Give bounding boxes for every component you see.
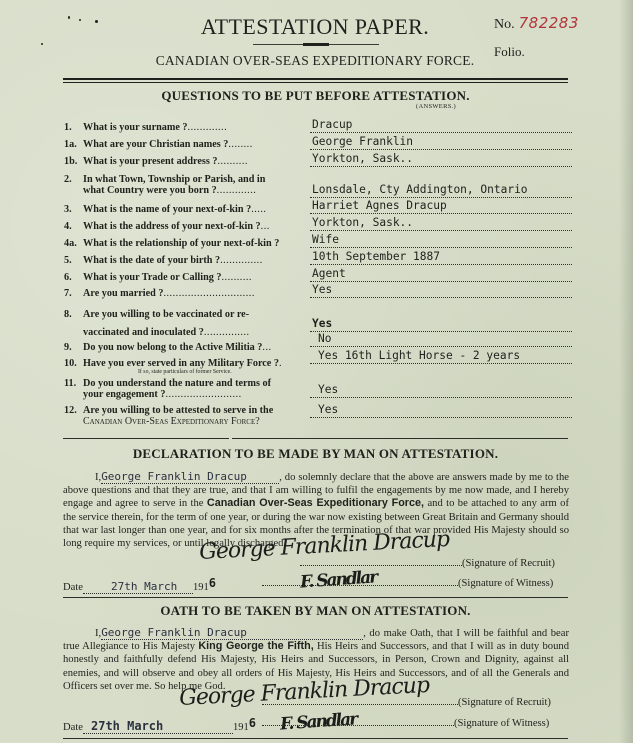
oath-name-field: George Franklin Dracup	[101, 626, 363, 640]
recruit-signature-label: (Signature of Recruit)	[458, 697, 551, 708]
question-2: 2.In what Town, Township or Parish, and …	[64, 174, 304, 196]
question-8: 8.Are you willing to be vaccinated or re…	[64, 306, 304, 342]
recruit-signature-line: (Signature of Recruit)	[300, 558, 555, 569]
paper-speck	[79, 19, 81, 21]
question-1a: 1a.What are your Christian names ?......…	[64, 139, 304, 150]
answer-understand-terms: Yes	[310, 384, 572, 398]
question-text: Are you married ?	[83, 288, 163, 299]
answer-date-of-birth: 10th September 1887	[310, 251, 572, 265]
question-text: what Country were you born ?	[83, 185, 217, 196]
document-title: ATTESTATION PAPER.	[150, 14, 480, 40]
page-edge-shadow	[619, 0, 633, 743]
declaration-date-value: 27th March	[83, 580, 177, 593]
declaration-section-title: DECLARATION TO BE MADE BY MAN ON ATTESTA…	[63, 446, 568, 462]
oath-date-line: Date27th March1916	[63, 716, 256, 734]
answer-active-militia: No	[310, 333, 572, 347]
oath-year: 1916	[233, 722, 256, 733]
declaration-name-field: George Franklin Dracup	[101, 470, 279, 484]
header-rule	[63, 82, 568, 83]
witness-signature-line: (Signature of Witness)	[262, 578, 553, 589]
question-6: 6.What is your Trade or Calling ?.......…	[64, 272, 304, 283]
answer-present-address: Yorkton, Sask..	[310, 153, 572, 167]
document-subtitle: CANADIAN OVER-SEAS EXPEDITIONARY FORCE.	[130, 53, 500, 69]
question-11: 11.Do you understand the nature and term…	[64, 378, 304, 400]
answer-next-of-kin: Harriet Agnes Dracup	[310, 200, 572, 214]
question-text: What is the date of your birth ?	[83, 255, 220, 266]
oath-section-title: OATH TO BE TAKEN BY MAN ON ATTESTATION.	[63, 603, 568, 619]
question-text: What is the address of your next-of-kin …	[83, 221, 261, 232]
question-12: 12.Are you willing to be attested to ser…	[64, 405, 304, 427]
header-rule	[63, 78, 568, 80]
answers-column-label: (ANSWERS.)	[416, 103, 456, 110]
question-text: Canadian Over-Seas Expeditionary Force?	[83, 416, 260, 427]
question-4a: 4a.What is the relationship of your next…	[64, 238, 304, 249]
section-divider	[232, 438, 568, 439]
answer-vaccinated: Yes	[310, 318, 572, 332]
attestation-paper: ATTESTATION PAPER. CANADIAN OVER-SEAS EX…	[0, 0, 633, 743]
question-text: your engagement ?	[83, 389, 165, 400]
answer-birthplace: Lonsdale, Cty Addington, Ontario	[310, 184, 572, 198]
declaration-date-line: Date27th March1916	[63, 576, 216, 594]
oath-date-value: 27th March	[83, 719, 163, 733]
question-text: What is your Trade or Calling ?	[83, 272, 222, 283]
folio-label: Folio.	[494, 44, 525, 60]
question-10: 10.Have you ever served in any Military …	[64, 358, 304, 375]
question-3: 3.What is the name of your next-of-kin ?…	[64, 204, 304, 215]
recruit-signature-line: (Signature of Recruit)	[262, 697, 551, 708]
answer-trade: Agent	[310, 268, 572, 282]
question-text: What is your surname ?	[83, 122, 188, 133]
registration-number: No.782283	[494, 14, 579, 33]
question-1: 1.What is your surname ?.............	[64, 122, 304, 133]
paper-speck	[41, 43, 43, 45]
question-9: 9.Do you now belong to the Active Militi…	[64, 342, 304, 353]
registration-number-label: No.	[494, 17, 515, 32]
question-text: vaccinated and inoculated ?	[83, 327, 204, 338]
question-7: 7.Are you married ?.....................…	[64, 288, 304, 299]
witness-signature-label: (Signature of Witness)	[458, 578, 553, 589]
answer-relationship: Wife	[310, 234, 572, 248]
section-divider	[63, 438, 229, 439]
answer-married: Yes	[310, 284, 572, 298]
answer-surname: Dracup	[310, 119, 572, 133]
question-text: What is the name of your next-of-kin ?	[83, 204, 251, 215]
answer-next-of-kin-address: Yorkton, Sask..	[310, 217, 572, 231]
question-5: 5.What is the date of your birth ?......…	[64, 255, 304, 266]
question-text: What are your Christian names ?	[83, 139, 228, 150]
title-rule-accent	[303, 43, 329, 46]
questions-section-title: QUESTIONS TO BE PUT BEFORE ATTESTATION.	[63, 88, 568, 104]
bottom-rule	[63, 738, 568, 739]
question-text: Do you now belong to the Active Militia …	[83, 342, 262, 353]
question-note: If so, state particulars of former Servi…	[64, 369, 304, 375]
date-label: Date	[63, 722, 83, 733]
question-text: What is the relationship of your next-of…	[83, 238, 279, 249]
declaration-year: 1916	[193, 582, 216, 593]
recruit-signature-label: (Signature of Recruit)	[462, 558, 555, 569]
registration-number-value: 782283	[519, 14, 579, 32]
witness-signature-label: (Signature of Witness)	[454, 718, 549, 729]
answer-christian-names: George Franklin	[310, 136, 572, 150]
question-1b: 1b.What is your present address ?.......…	[64, 156, 304, 167]
section-divider	[63, 597, 568, 598]
witness-signature-line: (Signature of Witness)	[262, 718, 549, 729]
date-label: Date	[63, 582, 83, 593]
question-text: What is your present address ?	[83, 156, 217, 167]
answer-willing-attested: Yes	[310, 404, 572, 418]
answer-military-service: Yes 16th Light Horse - 2 years	[310, 350, 572, 364]
question-text: Have you ever served in any Military For…	[83, 358, 279, 369]
paper-speck	[68, 16, 70, 19]
question-4: 4.What is the address of your next-of-ki…	[64, 221, 304, 232]
paper-speck	[95, 20, 98, 23]
